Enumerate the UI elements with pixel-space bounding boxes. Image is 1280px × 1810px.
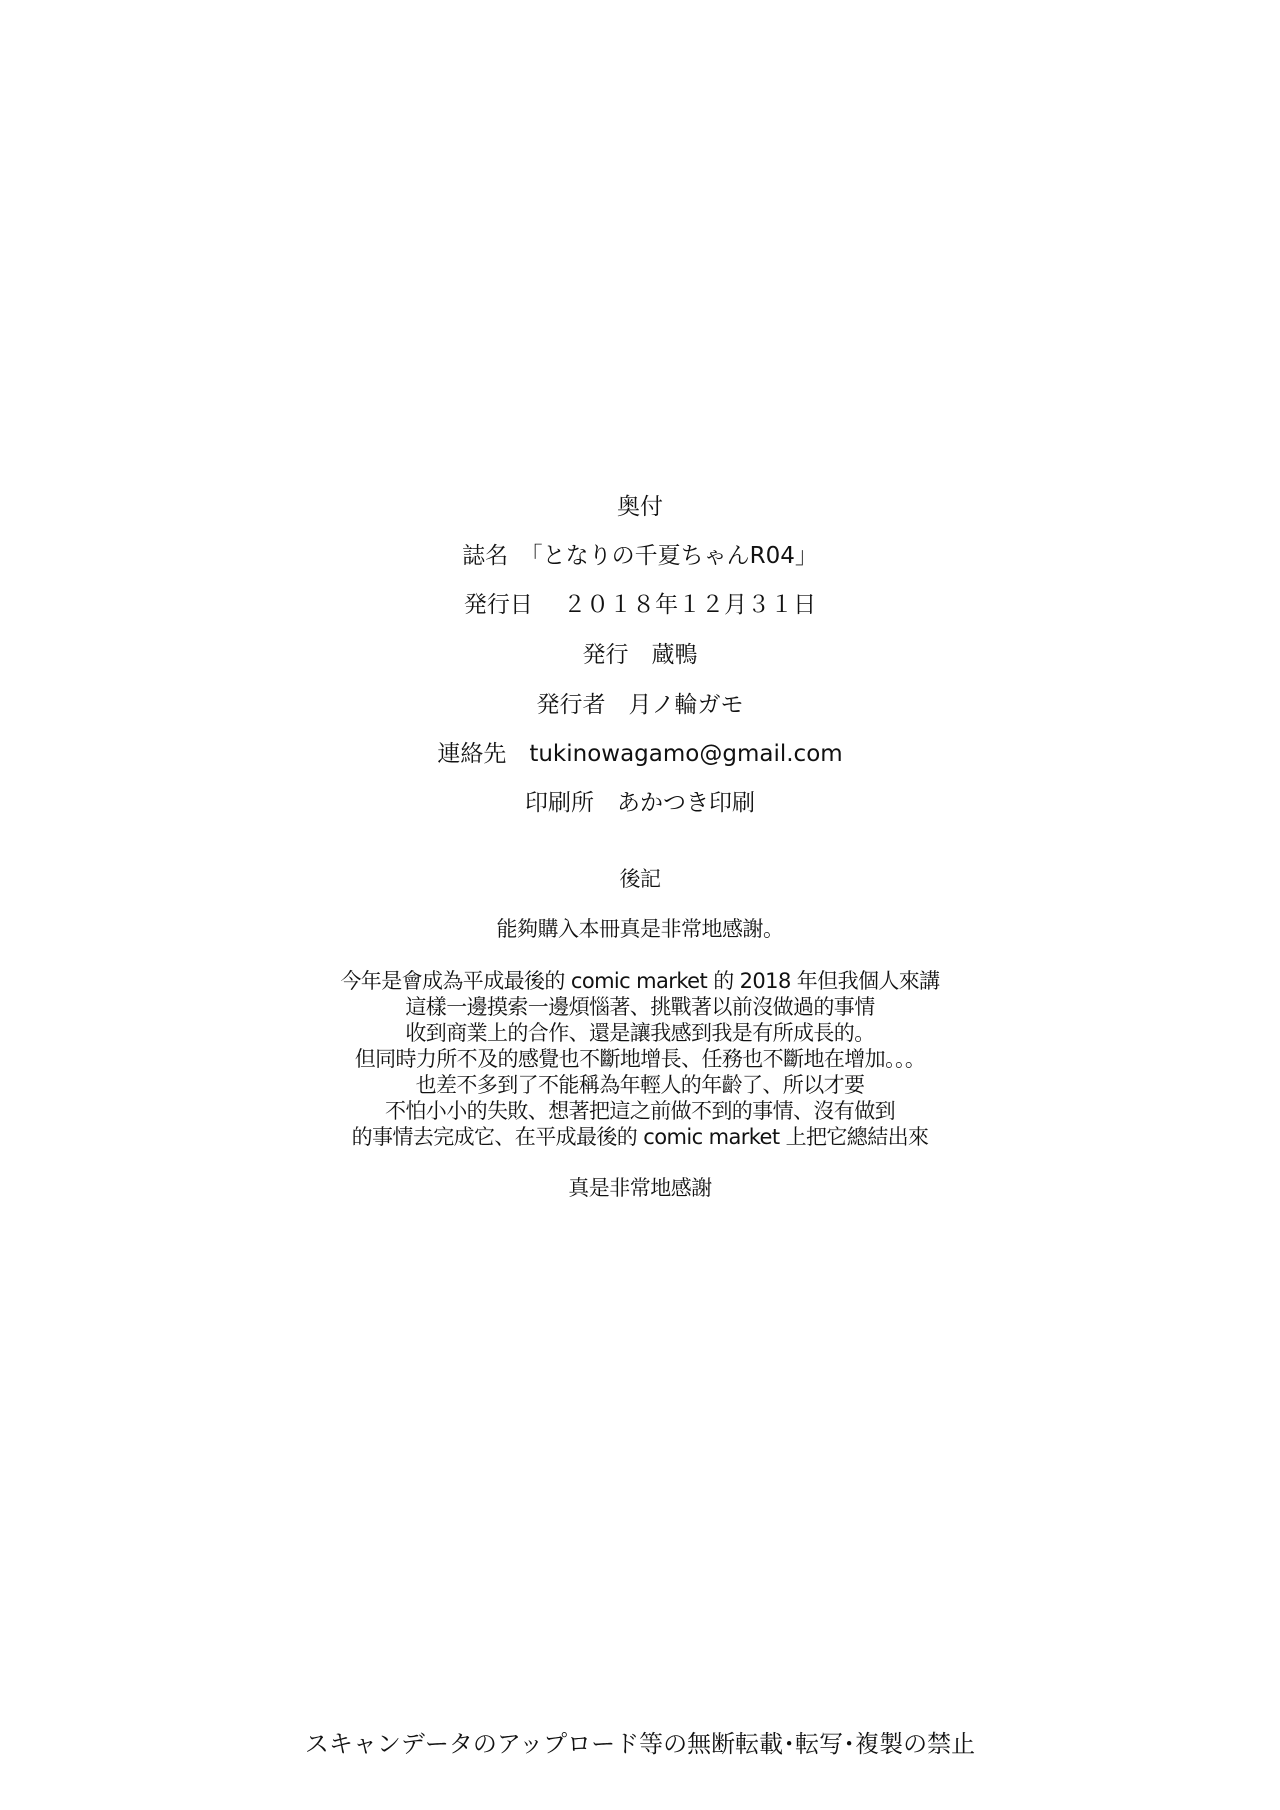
- afterword-heading: 後記: [0, 863, 1280, 893]
- title-line: 誌名 「となりの千夏ちゃんR04」: [0, 537, 1280, 570]
- publisher-line: 発行 蔵鴨: [0, 636, 1280, 669]
- printer-line: 印刷所 あかつき印刷: [0, 784, 1280, 817]
- contact-line: 連絡先 tukinowagamo@gmail.com: [0, 735, 1280, 768]
- paragraph-line: 的事情去完成它、在平成最後的 comic market 上把它總結出來: [0, 1121, 1280, 1151]
- closing-thanks: 真是非常地感謝: [0, 1172, 1280, 1202]
- date-line: 発行日 ２０１８年１２月３１日: [0, 586, 1280, 619]
- issuer-line: 発行者 月ノ輪ガモ: [0, 686, 1280, 719]
- copyright-notice: スキャンデータのアップロード等の無断転載･転写･複製の禁止: [0, 1724, 1280, 1759]
- colophon-heading: 奥付: [0, 488, 1280, 521]
- thanks-intro: 能夠購入本冊真是非常地感謝。: [0, 913, 1280, 943]
